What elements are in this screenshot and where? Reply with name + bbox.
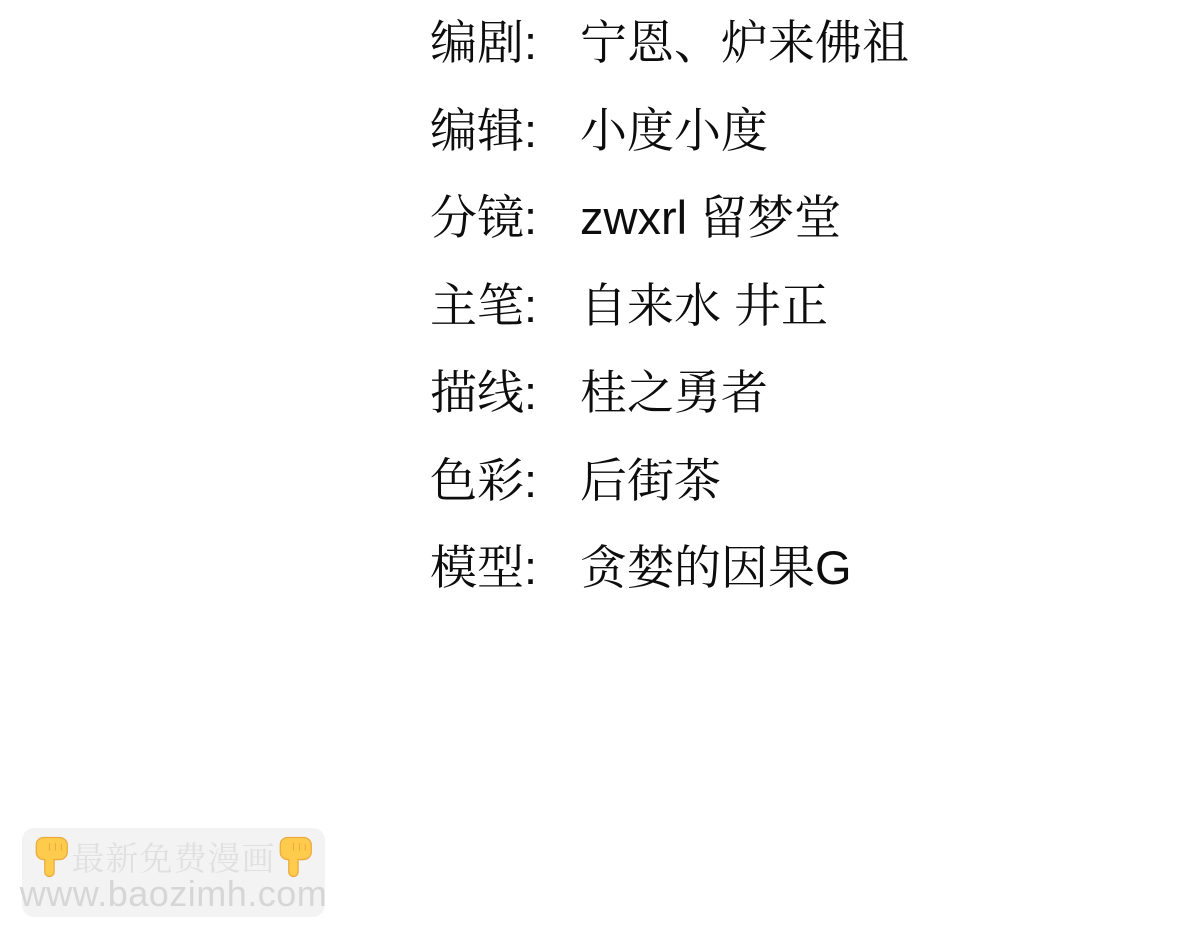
credit-value: 宁恩、炉来佛祖 bbox=[580, 6, 909, 73]
credit-label: 编辑: bbox=[430, 94, 580, 161]
credit-value: 桂之勇者 bbox=[580, 356, 768, 423]
credits-list: 编剧: 宁恩、炉来佛祖 编辑: 小度小度 分镜: zwxrl 留梦堂 主笔: 自… bbox=[430, 0, 909, 609]
watermark-url: www.baozimh.com bbox=[20, 876, 328, 912]
credit-label: 分镜: bbox=[430, 181, 580, 248]
credit-row: 编辑: 小度小度 bbox=[430, 84, 909, 172]
credit-value: zwxrl 留梦堂 bbox=[580, 181, 841, 248]
credit-row: 主笔: 自来水 井正 bbox=[430, 259, 909, 347]
credit-row: 模型: 贪婪的因果G bbox=[430, 521, 909, 609]
credit-row: 编剧: 宁恩、炉来佛祖 bbox=[430, 0, 909, 84]
credit-label: 编剧: bbox=[430, 6, 580, 73]
credit-row: 色彩: 后街茶 bbox=[430, 434, 909, 522]
page: { "page": { "background": "#ffffff", "te… bbox=[0, 0, 1200, 937]
watermark-badge: 最新免费漫画 www.baozimh.com bbox=[22, 828, 325, 917]
credit-label: 描线: bbox=[430, 356, 580, 423]
credit-row: 描线: 桂之勇者 bbox=[430, 346, 909, 434]
credit-label: 主笔: bbox=[430, 269, 580, 336]
credit-row: 分镜: zwxrl 留梦堂 bbox=[430, 171, 909, 259]
credit-value: 后街茶 bbox=[580, 444, 721, 511]
credit-label: 模型: bbox=[430, 531, 580, 598]
credit-value: 小度小度 bbox=[580, 94, 768, 161]
credit-value: 贪婪的因果G bbox=[580, 531, 852, 598]
credit-value: 自来水 井正 bbox=[580, 269, 828, 336]
credit-label: 色彩: bbox=[430, 444, 580, 511]
